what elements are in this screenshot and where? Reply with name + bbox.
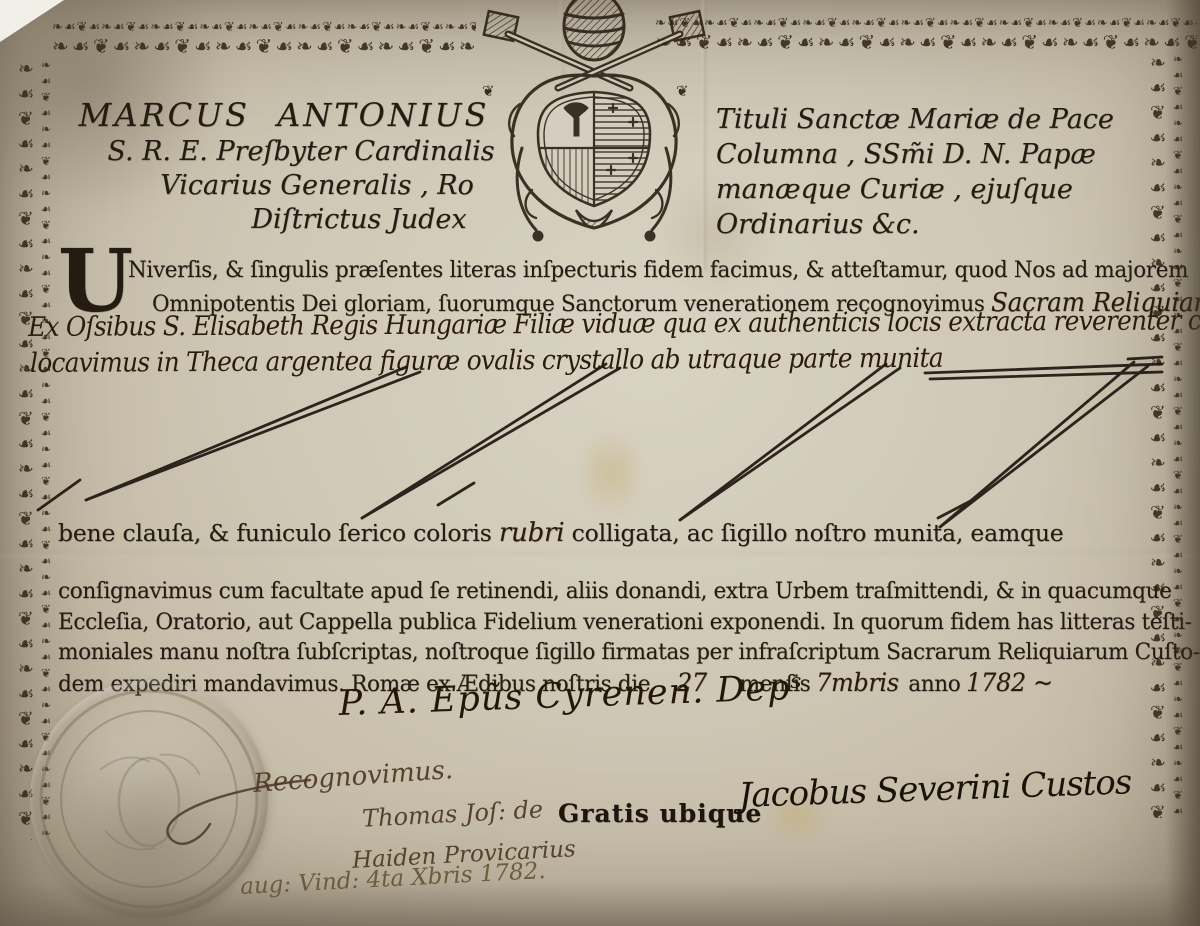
date-text: anno xyxy=(908,671,960,697)
custos-signature: Jacobus Severini Custos xyxy=(738,762,1132,816)
body-text-line: conſignavimus cum facultate apud ſe reti… xyxy=(58,576,1200,607)
drop-cap: U xyxy=(58,246,133,318)
gratis-ubique-stamp: Gratis ubique xyxy=(558,799,762,828)
cardinal-title-line: S. R. E. Preſbyter Cardinalis xyxy=(92,135,510,169)
handwritten-year: 1782 ~ xyxy=(966,668,1053,697)
header-left-titles: MARCUS ANTONIUS S. R. E. Preſbyter Cardi… xyxy=(58,98,510,237)
cardinal-name: MARCUS ANTONIUS xyxy=(58,98,510,132)
header-right-titles: Tituli Sanctæ Mariæ de Pace Columna , SS… xyxy=(716,102,1114,242)
title-line: Columna , SSm̃i D. N. Papæ xyxy=(716,137,1114,172)
handwritten-month: 7mbris xyxy=(816,668,899,697)
fleuron-row-icon: ❧☙❦☙❧☙❦☙❧☙❦☙❧☙❦☙❧☙❦☙❧☙❦☙❧☙❦☙❧☙❦☙❧☙❦☙❧☙❦☙… xyxy=(655,31,1197,53)
paper-fold xyxy=(0,552,1200,557)
title-line: Ordinarius &c. xyxy=(716,207,1114,242)
body-text-line: moniales manu noſtra ſubſcriptas, noſtro… xyxy=(58,637,1200,668)
clause-line: bene clauſa, & funiculo ſerico coloris r… xyxy=(58,518,1063,548)
coat-of-arms xyxy=(478,0,710,248)
clause-text: colligata, ac ſigillo noſtro munita, eam… xyxy=(564,519,1063,547)
body-text-line: Niverſis, & ſingulis præſentes literas i… xyxy=(128,257,1188,283)
signature-flourish xyxy=(140,772,330,862)
top-border-right: ❧☙❦☙❧☙❦☙❧☙❦☙❧☙❦☙❧☙❦☙❧☙❦☙❧☙❦☙❧☙❦☙❧☙❦☙❧☙❦☙… xyxy=(655,16,1197,54)
parchment-document: ❧☙❦☙❧☙❦☙❧☙❦☙❧☙❦☙❧☙❦☙❧☙❦☙❧☙❦☙❧☙❦☙❧☙❦☙❧☙❦☙… xyxy=(0,0,1200,926)
thomas-note: Thomas Joſ: de xyxy=(361,795,543,832)
cardinal-title-line: Diſtrictus Judex xyxy=(208,203,510,237)
coat-of-arms-woodcut xyxy=(478,0,710,248)
top-border-left: ❧☙❦☙❧☙❦☙❧☙❦☙❧☙❦☙❧☙❦☙❧☙❦☙❧☙❦☙❧☙❦☙❧☙❦☙❧☙❦☙… xyxy=(52,20,476,58)
fleuron-row-icon: ❧☙❦☙❧☙❦☙❧☙❦☙❧☙❦☙❧☙❦☙❧☙❦☙❧☙❦☙❧☙❦☙❧☙❦☙❧☙❦☙… xyxy=(52,20,476,35)
cancellation-strokes xyxy=(0,355,1200,540)
body-text-line: Eccleſia, Oratorio, aut Cappella publica… xyxy=(58,607,1200,638)
edge-shadow xyxy=(1166,0,1200,926)
title-line: Tituli Sanctæ Mariæ de Pace xyxy=(716,102,1114,137)
title-line: manæque Curiæ , ejuſque xyxy=(716,172,1114,207)
fleuron-row-icon: ❧☙❦☙❧☙❦☙❧☙❦☙❧☙❦☙❧☙❦☙❧☙❦☙❧☙❦☙❧☙❦☙❧☙❦☙❧☙❦☙… xyxy=(655,16,1197,31)
handwritten-insert: rubri xyxy=(499,518,565,548)
clause-text: bene clauſa, & funiculo ſerico coloris xyxy=(58,519,499,547)
manuscript-line: Ex Oſsibus S. Elisabeth Regis Hungariæ F… xyxy=(28,305,1200,343)
cardinal-title-line: Vicarius Generalis , Ro xyxy=(124,169,510,203)
fleuron-row-icon: ❧☙❦☙❧☙❦☙❧☙❦☙❧☙❦☙❧☙❦☙❧☙❦☙❧☙❦☙❧☙❦☙❧☙❦☙❧☙❦☙… xyxy=(52,35,476,57)
edge-shadow xyxy=(0,880,1200,926)
